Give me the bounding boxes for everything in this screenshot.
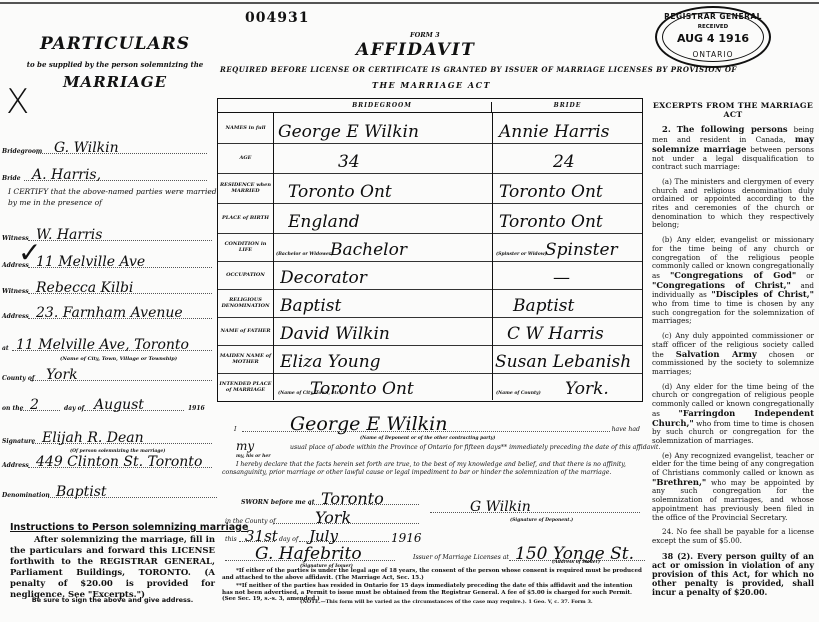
bride-label: Bride <box>2 175 21 182</box>
groom-mother: Eliza Young <box>280 352 492 372</box>
instructions-body: After solemnizing the marriage, fill in … <box>10 535 215 601</box>
denomination-label: Denomination <box>2 492 50 499</box>
county-field: County of York <box>2 365 212 385</box>
groom-condition-hint: (Bachelor or Widower) <box>276 252 333 257</box>
table-row: CONDITION in LIFE (Bachelor or Widower) … <box>218 233 642 262</box>
bride-condition: Spinster <box>545 240 618 260</box>
col-bride: BRIDE <box>491 102 643 112</box>
witness2-field: Witness Rebecca Kilbi <box>2 278 212 298</box>
groom-religion: Baptist <box>280 296 492 316</box>
scan-edge-line <box>0 2 819 4</box>
address2-value: 23. Farnham Avenue <box>36 305 183 321</box>
row-label: INTENDED PLACE of MARRIAGE <box>218 373 274 400</box>
act-name: THE MARRIAGE ACT <box>372 80 491 90</box>
stamp-top-text: REGISTRAR GENERAL <box>657 12 769 21</box>
row-label: PLACE of BIRTH <box>218 203 274 233</box>
particulars-subheading: to be supplied by the person solemnizing… <box>25 60 205 69</box>
form-serial-number: 004931 <box>245 10 309 26</box>
bride-father: C W Harris <box>507 324 604 344</box>
affidavit-subtitle: REQUIRED BEFORE LICENSE OR CERTIFICATE I… <box>220 65 737 74</box>
abode-statement: usual place of abode within the Province… <box>290 444 660 451</box>
section-2d: (d) Any elder for the time being of the … <box>652 383 814 446</box>
table-row: RESIDENCE when MARRIED Toronto Ont Toron… <box>218 173 642 204</box>
marriage-date-field: on the 2 day of August 1916 <box>2 395 212 415</box>
table-row: RELIGIOUS DENOMINATION Baptist Baptist <box>218 289 642 318</box>
bride-place-hint: (Name of County) <box>496 391 541 396</box>
county-value: York <box>46 367 78 383</box>
bride-name: Annie Harris <box>499 122 609 142</box>
signature-label: Signature <box>2 438 35 445</box>
issuer-signature: G. Hafebrito <box>255 544 362 564</box>
place-caption: (Name of City, Town, Village or Township… <box>60 356 177 362</box>
section-2c: (c) Any duly appointed commissioner or s… <box>652 332 814 377</box>
registrar-received-stamp: REGISTRAR GENERAL RECEIVED AUG 4 1916 ON… <box>655 6 771 68</box>
witness2-label: Witness <box>2 288 29 295</box>
deponent-name: George E Wilkin <box>290 413 447 435</box>
declaration-statement: I hereby declare that the facts herein s… <box>222 461 642 477</box>
marriage-year-value: 1916 <box>188 405 205 412</box>
bride-occupation: — <box>553 268 570 288</box>
groom-residence: Toronto Ont <box>288 182 500 202</box>
bride-value: A. Harris, <box>32 167 101 183</box>
row-label: RELIGIOUS DENOMINATION <box>218 289 274 317</box>
section-38: 38 (2). Every person guilty of an act or… <box>652 552 814 597</box>
day-of-label: day of <box>64 405 84 412</box>
sworn-place-value: Toronto <box>321 489 384 508</box>
witness2-value: Rebecca Kilbi <box>36 280 133 296</box>
witness1-value: W. Harris <box>36 227 102 243</box>
officiant-address-label: Address <box>2 462 29 469</box>
officiant-address-value: 449 Clinton St. Toronto <box>36 454 202 470</box>
table-row: INTENDED PLACE of MARRIAGE (Name of City… <box>218 373 642 400</box>
instructions-title: Instructions to Person solemnizing marri… <box>10 522 248 533</box>
address2-label: Address <box>2 313 29 320</box>
marriage-heading: MARRIAGE <box>25 73 205 91</box>
bride-field: Bride A. Harris, <box>2 165 207 185</box>
sworn-county-field: in the County of York <box>225 507 425 527</box>
table-row: MAIDEN NAME of MOTHER Eliza Young Susan … <box>218 345 642 374</box>
intended-place-city: Toronto Ont <box>310 379 522 399</box>
stamp-bottom-text: ONTARIO <box>657 50 769 59</box>
deponent-line: I George E Wilkin have had <box>230 417 640 435</box>
i-label: I <box>234 426 236 433</box>
table-row: PLACE of BIRTH England Toronto Ont <box>218 203 642 234</box>
affidavit-title: AFFIDAVIT <box>356 40 475 60</box>
denomination-field: Denomination Baptist <box>2 482 217 502</box>
particulars-table: BRIDEGROOM BRIDE NAMES in full George E … <box>217 98 643 402</box>
at-label: at <box>2 345 9 352</box>
section-2b: (b) Any elder, evangelist or missionary … <box>652 236 814 326</box>
my-caption: my, his or her <box>236 454 271 459</box>
groom-birthplace: England <box>288 212 500 232</box>
table-row: AGE 34 24 <box>218 143 642 174</box>
intended-place-county: York. <box>565 379 609 399</box>
issuer-address-caption: (Address of Issuer) <box>552 560 600 565</box>
bridegroom-value: G. Wilkin <box>54 140 119 156</box>
form-note: (NOTE.—This form will be varied as the c… <box>300 599 593 605</box>
row-label: MAIDEN NAME of MOTHER <box>218 345 274 373</box>
officiant-signature: Elijah R. Dean <box>42 430 144 446</box>
row-label: CONDITION in LIFE <box>218 233 274 261</box>
groom-father: David Wilkin <box>280 324 492 344</box>
my-his-her-value: my <box>236 439 254 453</box>
issuer-label: Issuer of Marriage Licenses at <box>413 554 509 561</box>
sworn-label: SWORN before me at <box>241 499 315 506</box>
bride-age: 24 <box>553 152 575 172</box>
deponent-signature-caption: (Signature of Deponent.) <box>510 518 573 523</box>
marriage-day-value: 2 <box>30 397 39 413</box>
check-x-mark: X <box>6 82 29 122</box>
table-row: OCCUPATION Decorator — <box>218 261 642 290</box>
groom-occupation: Decorator <box>280 268 492 288</box>
denomination-value: Baptist <box>56 484 107 500</box>
deponent-signature-field: G Wilkin <box>430 496 640 516</box>
table-row: NAME of FATHER David Wilkin C W Harris <box>218 317 642 346</box>
row-label: NAMES in full <box>218 113 274 143</box>
groom-name: George E Wilkin <box>278 122 490 142</box>
deponent-signature: G Wilkin <box>470 499 531 515</box>
footnote-1: *If either of the parties is under the l… <box>222 568 644 581</box>
excerpts-panel: EXCERPTS FROM THE MARRIAGE ACT 2. The fo… <box>652 102 814 603</box>
row-label: OCCUPATION <box>218 261 274 289</box>
deponent-caption: (Name of Deponent or of the other contra… <box>360 436 495 441</box>
have-had-text: have had <box>612 426 640 433</box>
table-row: NAMES in full George E Wilkin Annie Harr… <box>218 113 642 144</box>
place-at-field: at 11 Melville Ave, Toronto <box>2 335 212 355</box>
section-2: 2. The following persons being men and r… <box>652 125 814 172</box>
bride-residence: Toronto Ont <box>499 182 603 202</box>
bride-condition-hint: (Spinster or Widow) <box>496 252 547 257</box>
bride-religion: Baptist <box>513 296 574 316</box>
signature-field: Signature Elijah R. Dean <box>2 428 212 448</box>
marriage-month-value: August <box>94 397 144 413</box>
bridegroom-field: Bridegroom G. Wilkin <box>2 138 207 158</box>
check-mark-icon: ✓ <box>18 236 41 269</box>
row-label: NAME of FATHER <box>218 317 274 345</box>
sworn-county-label: in the County of <box>225 518 275 525</box>
address2-field: Address 23. Farnham Avenue <box>2 303 212 323</box>
section-2a: (a) The ministers and clergymen of every… <box>652 178 814 230</box>
certify-statement: I CERTIFY that the above-named parties w… <box>8 186 218 208</box>
sworn-place-field: SWORN before me at Toronto <box>225 488 425 508</box>
stamp-date: AUG 4 1916 <box>657 32 769 45</box>
section-2e: (e) Any recognized evangelist, teacher o… <box>652 452 814 523</box>
col-bridegroom: BRIDEGROOM <box>273 102 491 109</box>
row-label: RESIDENCE when MARRIED <box>218 173 274 203</box>
instructions-reminder: Be sure to sign the above and give addre… <box>10 596 215 604</box>
officiant-address-field: Address 449 Clinton St. Toronto <box>2 452 212 472</box>
stamp-status: RECEIVED <box>657 24 769 30</box>
table-header: BRIDEGROOM BRIDE <box>218 99 642 113</box>
section-24: 24. No fee shall be payable for a licens… <box>652 528 814 545</box>
bride-birthplace: Toronto Ont <box>499 212 603 232</box>
particulars-heading: PARTICULARS <box>25 34 205 54</box>
row-label: AGE <box>218 143 274 173</box>
form-label: FORM 3 <box>410 31 440 39</box>
bride-mother: Susan Lebanish <box>495 352 631 372</box>
place-at-value: 11 Melville Ave, Toronto <box>16 337 189 353</box>
address1-value: 11 Melville Ave <box>36 254 145 270</box>
excerpts-heading: EXCERPTS FROM THE MARRIAGE ACT <box>652 102 814 119</box>
